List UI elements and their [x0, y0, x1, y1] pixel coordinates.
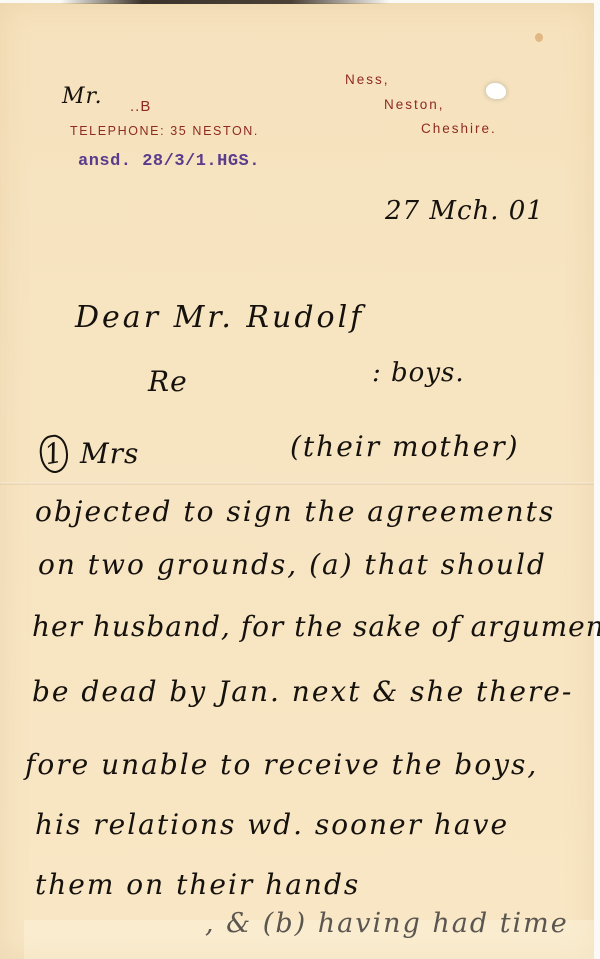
body-line-1: 1Mrs — [40, 435, 139, 473]
letterhead-telephone: TELEPHONE: 35 NESTON. — [70, 124, 259, 138]
body-line-3: on two grounds, (a) that should — [38, 548, 547, 581]
address-line-2: Neston, — [384, 97, 445, 112]
letter-date: 27 Mch. 01 — [385, 196, 544, 226]
body-line-4: her husband, for the sake of argument, — [32, 610, 600, 643]
punch-hole — [486, 83, 506, 99]
answered-stamp: ansd. 28/3/1.HGS. — [78, 152, 260, 171]
fold-line — [0, 482, 594, 485]
letterhead-name: ..B — [130, 98, 151, 115]
line-text: Mrs — [80, 437, 139, 470]
body-line-9: , & (b) having had time — [205, 908, 569, 939]
letterhead-salutation: Mr. — [62, 84, 103, 109]
body-line-2: objected to sign the agreements — [35, 495, 555, 528]
address-line-3: Cheshire. — [421, 121, 497, 136]
address-line-1: Ness, — [345, 72, 390, 87]
body-line-5: be dead by Jan. next & she there- — [32, 675, 573, 708]
body-line-8: them on their hands — [35, 868, 360, 901]
re-label: Re — [148, 365, 188, 398]
item-number: 1 — [37, 433, 71, 475]
re-subject: : boys. — [372, 358, 465, 388]
body-line-6: fore unable to receive the boys, — [25, 748, 538, 781]
page-edge-shadow — [60, 0, 390, 4]
paper-stain — [535, 33, 543, 42]
greeting: Dear Mr. Rudolf — [75, 300, 364, 335]
body-line-1-paren: (their mother) — [290, 430, 520, 463]
body-line-7: his relations wd. sooner have — [35, 808, 509, 841]
